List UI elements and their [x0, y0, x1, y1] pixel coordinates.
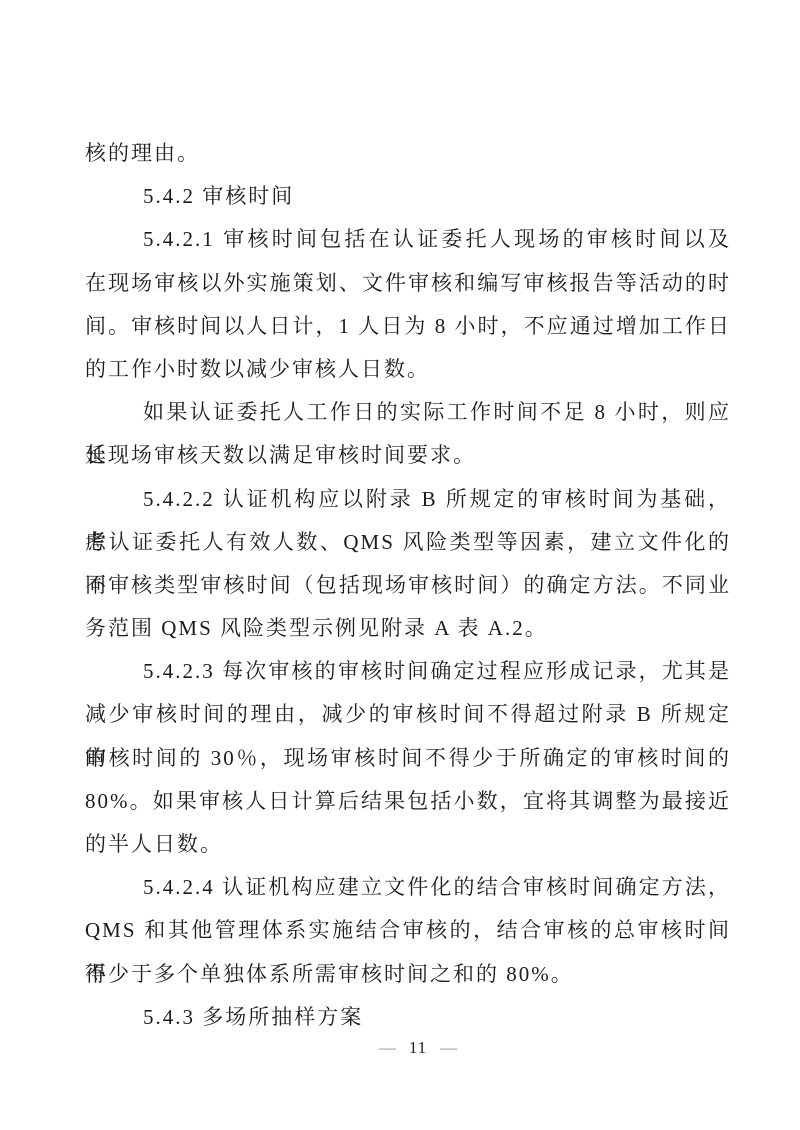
document-page: 核的理由。5.4.2 审核时间5.4.2.1 审核时间包括在认证委托人现场的审核… [0, 0, 800, 1130]
paragraph-line: 80%。如果审核人日计算后结果包括小数，宜将其调整为最接近 [85, 780, 731, 823]
paragraph-line: 减少审核时间的理由，减少的审核时间不得超过附录 B 所规定的 [85, 693, 731, 736]
paragraph-line: 虑认证委托人有效人数、QMS 风险类型等因素，建立文件化的不 [85, 521, 731, 564]
paragraph-line: 5.4.2.1 审核时间包括在认证委托人现场的审核时间以及 [85, 218, 731, 261]
footer-left-dash: — [379, 1034, 396, 1062]
section-heading: 5.4.2 审核时间 [85, 175, 731, 218]
page-number-group: — 11 — [379, 1034, 457, 1062]
paragraph-line: 审核时间的 30％，现场审核时间不得少于所确定的审核时间的 [85, 737, 731, 780]
paragraph-line: 如果认证委托人工作日的实际工作时间不足 8 小时，则应延 [85, 391, 731, 434]
paragraph-line: 5.4.2.3 每次审核的审核时间确定过程应形成记录，尤其是 [85, 650, 731, 693]
page-number: 11 [409, 1034, 427, 1062]
paragraph-line: 务范围 QMS 风险类型示例见附录 A 表 A.2。 [85, 607, 731, 650]
paragraph-line: 的半人日数。 [85, 823, 731, 866]
paragraph-line: 间。审核时间以人日计，1 人日为 8 小时，不应通过增加工作日 [85, 305, 731, 348]
paragraph-line: 长现场审核天数以满足审核时间要求。 [85, 434, 731, 477]
footer-right-dash: — [440, 1034, 457, 1062]
section-heading: 5.4.3 多场所抽样方案 [85, 996, 731, 1039]
paragraph-line: 得少于多个单独体系所需审核时间之和的 80%。 [85, 953, 731, 996]
paragraph-line: QMS 和其他管理体系实施结合审核的，结合审核的总审核时间不 [85, 909, 731, 952]
page-footer: — 11 — [95, 1034, 741, 1062]
paragraph-line: 在现场审核以外实施策划、文件审核和编写审核报告等活动的时 [85, 262, 731, 305]
paragraph-line: 同审核类型审核时间（包括现场审核时间）的确定方法。不同业 [85, 564, 731, 607]
document-text-block: 核的理由。5.4.2 审核时间5.4.2.1 审核时间包括在认证委托人现场的审核… [85, 132, 731, 1039]
paragraph-line: 的工作小时数以减少审核人日数。 [85, 348, 731, 391]
paragraph-line: 5.4.2.2 认证机构应以附录 B 所规定的审核时间为基础，考 [85, 478, 731, 521]
paragraph-line: 核的理由。 [85, 132, 731, 175]
paragraph-line: 5.4.2.4 认证机构应建立文件化的结合审核时间确定方法， [85, 866, 731, 909]
